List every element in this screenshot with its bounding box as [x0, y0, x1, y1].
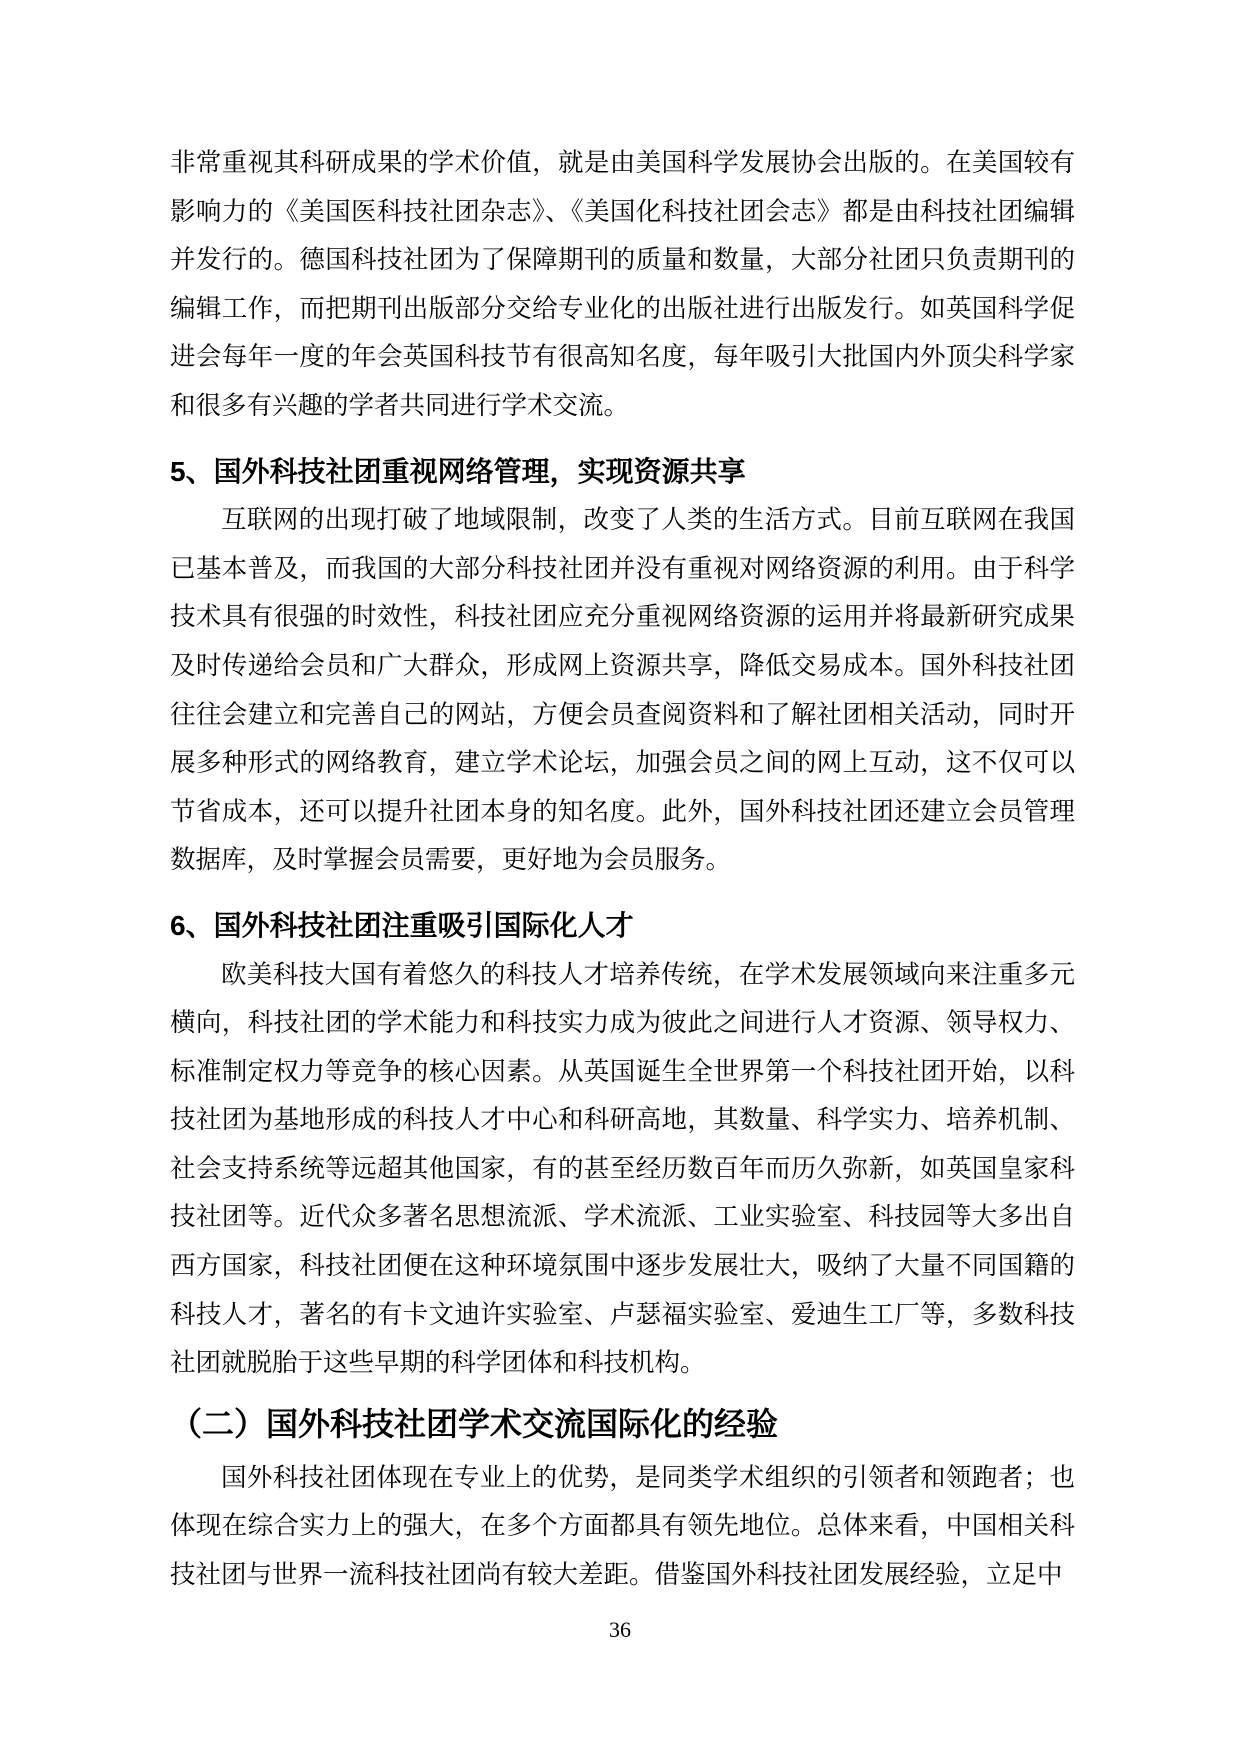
heading-section-2-experience: （二）国外科技社团学术交流国际化的经验 — [170, 1398, 1075, 1450]
paragraph-section-2-intro: 国外科技社团体现在专业上的优势，是同类学术组织的引领者和领跑者；也体现在综合实力… — [170, 1454, 1075, 1600]
heading-5-network-management: 5、国外科技社团重视网络管理，实现资源共享 — [170, 448, 1075, 497]
heading-6-international-talent: 6、国外科技社团注重吸引国际化人才 — [170, 902, 1075, 951]
document-page: 非常重视其科研成果的学术价值，就是由美国科学发展协会出版的。在美国较有影响力的《… — [0, 0, 1240, 1753]
page-footer: 36 — [0, 1616, 1240, 1644]
paragraph-section-6: 欧美科技大国有着悠久的科技人才培养传统，在学术发展领域向来注重多元横向，科技社团… — [170, 951, 1075, 1388]
page-number: 36 — [609, 1617, 631, 1642]
page-text-block: 非常重视其科研成果的学术价值，就是由美国科学发展协会出版的。在美国较有影响力的《… — [170, 139, 1075, 1600]
paragraph-continuation: 非常重视其科研成果的学术价值，就是由美国科学发展协会出版的。在美国较有影响力的《… — [170, 139, 1075, 431]
paragraph-section-5: 互联网的出现打破了地域限制，改变了人类的生活方式。目前互联网在我国已基本普及，而… — [170, 496, 1075, 885]
